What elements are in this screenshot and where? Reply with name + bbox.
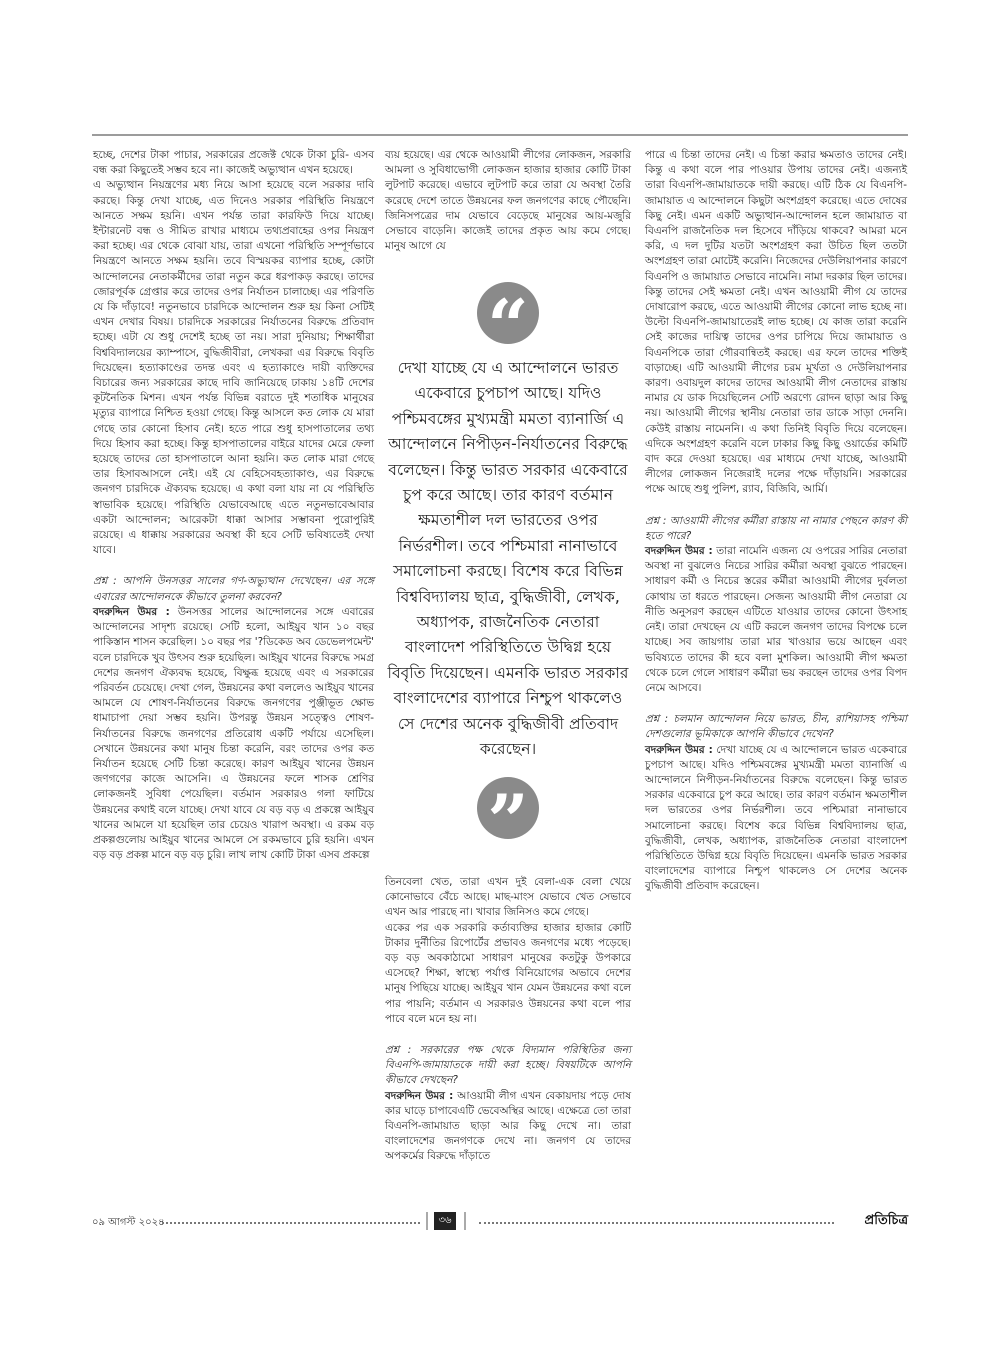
interview-question: প্রশ্ন : সরকারের পক্ষ থেকে বিদ্যমান পরিস… bbox=[385, 1043, 631, 1089]
page-number: ৩৬ bbox=[434, 1212, 456, 1230]
paragraph: পারে এ চিন্তা তাদের নেই। এ চিন্তা করার ক… bbox=[645, 148, 907, 498]
paragraph: একের পর এক সরকারি কর্তাব্যক্তির হাজার হা… bbox=[385, 921, 631, 1027]
answer-text: উনসত্তর সালের আন্দোলনের সঙ্গে এবারের আন্… bbox=[93, 606, 374, 861]
dotted-leader bbox=[162, 1214, 420, 1224]
paragraph: তিনবেলা খেত, তারা এখন দুই বেলা-এক বেলা খ… bbox=[385, 875, 631, 921]
interview-answer: বদরুদ্দিন উমর : তারা নামেনি এজন্য যে ওপর… bbox=[645, 544, 907, 696]
interview-question: প্রশ্ন : চলমান আন্দোলন নিয়ে ভারত, চীন, … bbox=[645, 712, 907, 742]
dotted-leader bbox=[479, 1214, 834, 1224]
paragraph: এ অভ্যুত্থান নিয়ন্ত্রণের মধ্য নিয়ে আসা… bbox=[93, 178, 374, 558]
speaker-label: বদরুদ্দিন উমর : bbox=[93, 606, 170, 618]
speaker-label: বদরুদ্দিন উমর : bbox=[645, 545, 713, 557]
answer-text: দেখা যাচ্ছে যে এ আন্দোলনে ভারত একেবারে চ… bbox=[645, 744, 907, 893]
top-rule bbox=[92, 134, 908, 136]
column-2-bottom: তিনবেলা খেত, তারা এখন দুই বেলা-এক বেলা খ… bbox=[385, 875, 631, 1165]
interview-question: প্রশ্ন : আপনি উনসত্তর সালের গণ-অভ্যুত্থা… bbox=[93, 574, 374, 604]
open-quote-icon: “ bbox=[477, 282, 539, 344]
speaker-label: বদরুদ্দিন উমর : bbox=[645, 744, 713, 756]
interview-answer: বদরুদ্দিন উমর : উনসত্তর সালের আন্দোলনের … bbox=[93, 605, 374, 863]
speaker-label: বদরুদ্দিন উমর : bbox=[385, 1090, 453, 1102]
column-1: হচ্ছে, দেশের টাকা পাচার, সরকারের প্রজেক্… bbox=[93, 148, 374, 863]
answer-text: তারা নামেনি এজন্য যে ওপরের সারির নেতারা … bbox=[645, 545, 907, 694]
column-2-top: ব্যয় হয়েছে। এর থেকে আওয়ামী লীগের লোকজ… bbox=[385, 148, 631, 254]
publication-logo: প্রতিচিত্র bbox=[865, 1211, 908, 1232]
issue-date: ০৯ আগস্ট ২০২৪ bbox=[92, 1215, 165, 1232]
interview-answer: বদরুদ্দিন উমর : দেখা যাচ্ছে যে এ আন্দোলন… bbox=[645, 743, 907, 895]
interview-question: প্রশ্ন : আওয়ামী লীগের কর্মীরা রাস্তায় … bbox=[645, 514, 907, 544]
interview-answer: বদরুদ্দিন উমর : আওয়ামী লীগ এখন বেকায়দা… bbox=[385, 1089, 631, 1165]
column-3: পারে এ চিন্তা তাদের নেই। এ চিন্তা করার ক… bbox=[645, 148, 907, 895]
paragraph: হচ্ছে, দেশের টাকা পাচার, সরকারের প্রজেক্… bbox=[93, 148, 374, 178]
pull-quote: “ দেখা যাচ্ছে যে এ আন্দোলনে ভারত একেবারে… bbox=[385, 282, 631, 839]
close-quote-icon: ” bbox=[477, 777, 539, 839]
pull-quote-text: দেখা যাচ্ছে যে এ আন্দোলনে ভারত একেবারে চ… bbox=[385, 356, 631, 763]
page-footer: ০৯ আগস্ট ২০২৪ ৩৬ প্রতিচিত্র bbox=[92, 1212, 908, 1232]
divider bbox=[426, 1212, 428, 1230]
paragraph: ব্যয় হয়েছে। এর থেকে আওয়ামী লীগের লোকজ… bbox=[385, 148, 631, 254]
divider bbox=[464, 1212, 466, 1230]
